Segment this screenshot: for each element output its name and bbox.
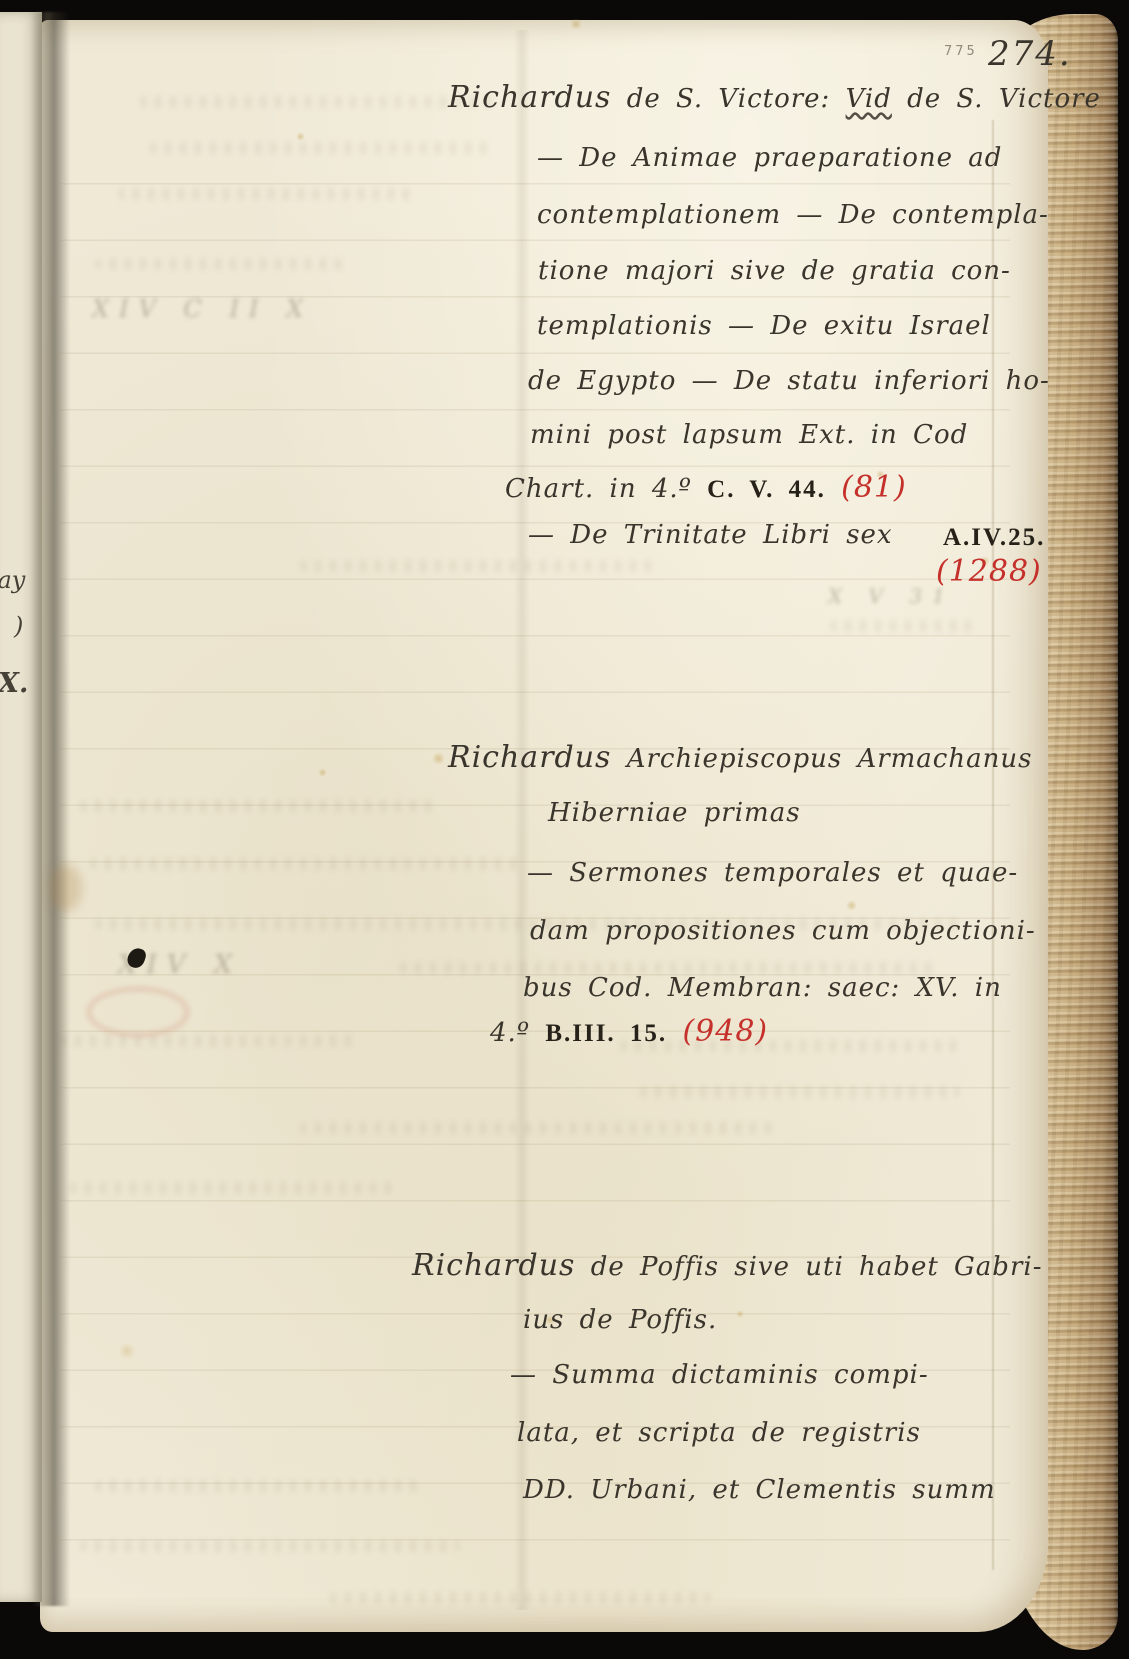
bleedthrough-smudge [640,1086,960,1098]
bleedthrough-smudge [80,800,440,812]
bleedthrough-smudge [150,142,490,154]
bleedthrough-smudge [95,1480,425,1492]
foxing-spot [296,132,305,141]
entry2-heading: Richardus Archiepiscopus Armachanus [448,740,1032,775]
entry1-body-line: de Egypto — De statu inferiori ho- [528,366,1050,396]
entry2-subline: Hiberniae primas [548,798,801,828]
entry1-body-line: contemplationem — De contempla- [537,200,1049,230]
page-number: 274. [988,34,1072,74]
facing-page-fragment: ) [14,612,23,640]
entry3-subline: ius de Poffis. [523,1305,717,1335]
entry1-heading: Richardus de S. Victore: Vid de S. Victo… [448,80,1101,115]
facing-page-fragment: X. [0,668,28,699]
entry2-body-line: bus Cod. Membran: saec: XV. in [523,973,1002,1003]
foxing-spot [736,1310,744,1318]
foxing-spot [318,768,327,777]
ghost-text: XIV C II X [92,295,313,323]
entry1-body-line: templationis — De exitu Israel [537,311,991,341]
stamp-number: 775 [944,44,978,59]
entry1-second-title: — De Trinitate Libri sex [528,520,893,550]
entry1-shelfmark: C. V. 44. [707,476,826,503]
bleedthrough-smudge [95,258,350,270]
entry3-author: Richardus [412,1248,575,1283]
bleedthrough-smudge [300,1122,780,1134]
entry1-shelf-line: Chart. in 4.º C. V. 44. (81) [505,470,907,505]
entry1-red-number: (81) [841,470,907,505]
bleedthrough-smudge [300,560,660,572]
bleedthrough-smudge [70,1182,400,1194]
entry3-heading: Richardus de Poffis sive uti habet Gabri… [412,1248,1042,1283]
entry1-heading-mid: de S. Victore: [627,84,831,114]
foxing-spot [570,18,582,30]
bleedthrough-smudge [118,188,418,200]
bleedthrough-smudge [330,1592,710,1604]
entry3-heading-tail: de Poffis sive uti habet Gabri- [591,1252,1043,1282]
entry3-body-line: — Summa dictaminis compi- [510,1360,929,1390]
entry1-author: Richardus [448,80,611,115]
entry2-heading-tail: Archiepiscopus Armachanus [627,744,1033,774]
entry2-body-line: — Sermones temporales et quae- [527,858,1018,888]
bleedthrough-smudge [80,1540,460,1552]
entry3-body-line: DD. Urbani, et Clementis summ [523,1475,996,1505]
entry1-heading-tail: de S. Victore [907,84,1101,114]
margin-rule [992,120,994,1570]
entry1-body-line: mini post lapsum Ext. in Cod [530,420,968,450]
gutter-shadow [32,12,70,1606]
book-scan: XIV C II X XIV X X V 31 ray ) X. 775 274… [0,0,1129,1659]
entry2-red-number: (948) [682,1014,768,1049]
foxing-spot [432,752,445,765]
entry1-vid-ref: Vid [846,84,892,114]
bleedthrough-smudge [140,96,500,108]
entry1-second-shelfmark: A.IV.25. [943,524,1045,552]
entry2-body-line: dam propositiones cum objectioni- [530,916,1036,946]
bleedthrough-smudge [90,858,520,870]
entry3-body-line: lata, et scripta de registris [517,1418,921,1448]
entry1-second-red-number: (1288) [936,554,1042,589]
bleedthrough-smudge [830,620,980,632]
entry2-shelf-line: 4.º B.III. 15. (948) [490,1014,768,1049]
foxing-spot [118,1342,136,1360]
foxing-spot [846,900,857,911]
entry1-body-line: — De Animae praeparatione ad [537,143,1002,173]
entry1-shelf-pre: Chart. in 4.º [505,474,692,504]
entry2-author: Richardus [448,740,611,775]
bleedthrough-smudge [60,1035,360,1047]
red-stamp-ghost [86,986,190,1038]
entry2-shelfmark: B.III. 15. [545,1020,667,1047]
entry2-shelf-pre: 4.º [490,1018,530,1048]
facing-page-fragment: ray [0,566,25,594]
age-blotch [50,864,82,912]
entry1-body-line: tione majori sive de gratia con- [538,256,1011,286]
